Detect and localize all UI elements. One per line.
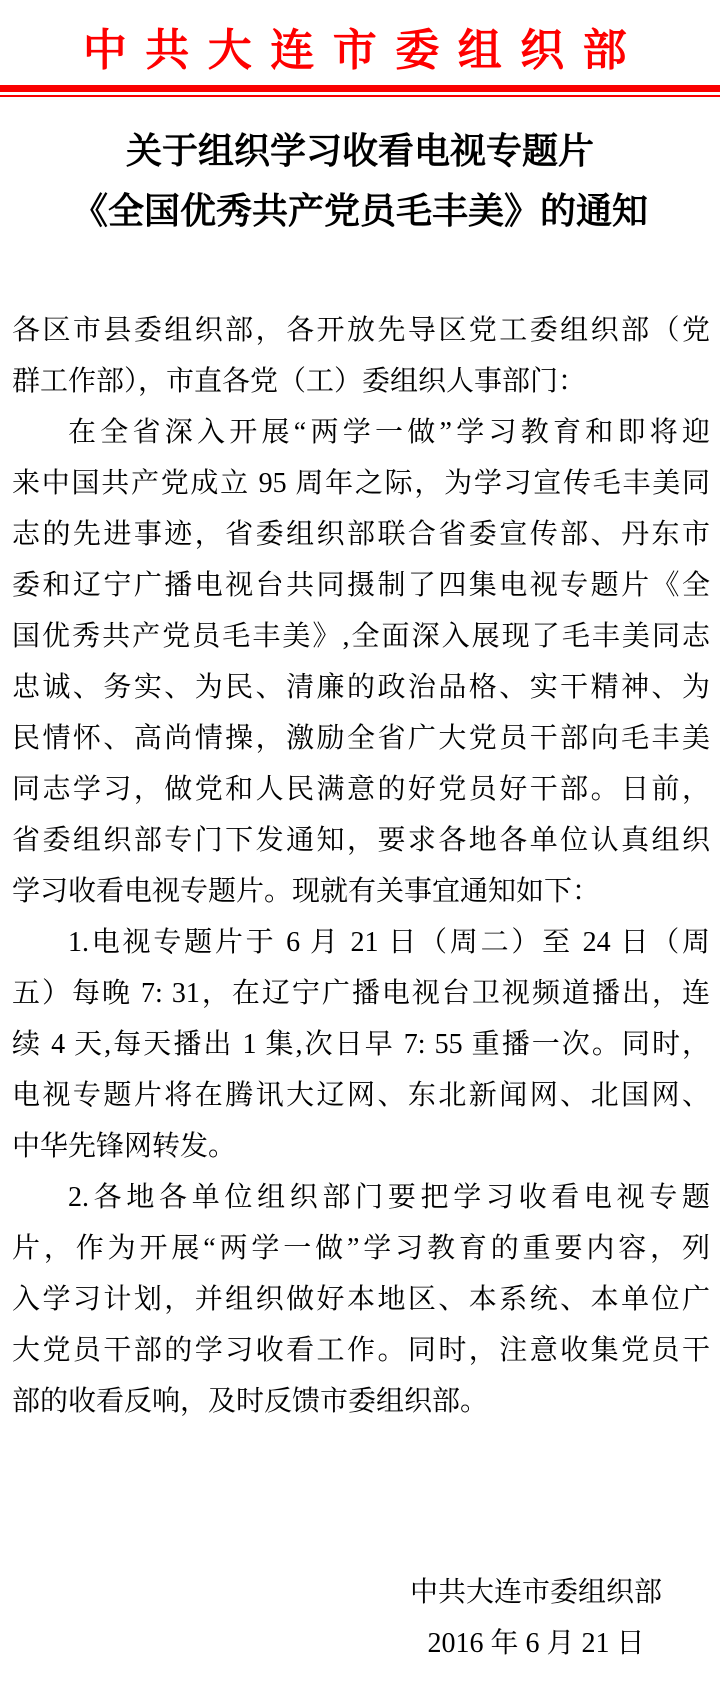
doc-title-line1: 关于组织学习收看电视专题片 <box>0 121 720 181</box>
body-line: 大党员干部的学习收看工作。同时，注意收集党员干 <box>12 1325 710 1376</box>
signature-org: 中共大连市委组织部 <box>410 1567 662 1618</box>
red-divider-thick <box>0 85 720 92</box>
body-line: 电视专题片将在腾讯大辽网、东北新闻网、北国网、 <box>12 1070 710 1121</box>
body-line: 入学习计划，并组织做好本地区、本系统、本单位广 <box>12 1274 710 1325</box>
body-line: 各区市县委组织部，各开放先导区党工委组织部（党 <box>12 305 710 356</box>
body-line: 1.电视专题片于 6 月 21 日（周二）至 24 日（周 <box>12 917 710 968</box>
body-line: 在全省深入开展“两学一做”学习教育和即将迎 <box>12 407 710 458</box>
body-line: 忠诚、务实、为民、清廉的政治品格、实干精神、为 <box>12 662 710 713</box>
body-line: 来中国共产党成立 95 周年之际，为学习宣传毛丰美同 <box>12 458 710 509</box>
letterhead-org-name: 中共大连市委组织部 <box>0 0 720 76</box>
body-line: 群工作部），市直各党（工）委组织人事部门： <box>12 356 710 407</box>
body-line: 学习收看电视专题片。现就有关事宜通知如下： <box>12 866 710 917</box>
document-body: 各区市县委组织部，各开放先导区党工委组织部（党 群工作部），市直各党（工）委组织… <box>0 305 720 1427</box>
document-page: 中共大连市委组织部 关于组织学习收看电视专题片 《全国优秀共产党员毛丰美》的通知… <box>0 0 720 1697</box>
signature-inner: 中共大连市委组织部 2016 年 6 月 21 日 <box>410 1567 662 1669</box>
body-line: 部的收看反响，及时反馈市委组织部。 <box>12 1376 710 1427</box>
signature-date: 2016 年 6 月 21 日 <box>410 1618 662 1669</box>
signature-block: 中共大连市委组织部 2016 年 6 月 21 日 <box>0 1567 720 1669</box>
body-line: 2.各地各单位组织部门要把学习收看电视专题 <box>12 1172 710 1223</box>
body-line: 片，作为开展“两学一做”学习教育的重要内容，列 <box>12 1223 710 1274</box>
body-line: 同志学习，做党和人民满意的好党员好干部。日前， <box>12 764 710 815</box>
body-line: 续 4 天,每天播出 1 集,次日早 7: 55 重播一次。同时， <box>12 1019 710 1070</box>
body-line: 国优秀共产党员毛丰美》,全面深入展现了毛丰美同志 <box>12 611 710 662</box>
body-line: 省委组织部专门下发通知，要求各地各单位认真组织 <box>12 815 710 866</box>
doc-title: 关于组织学习收看电视专题片 《全国优秀共产党员毛丰美》的通知 <box>0 121 720 241</box>
body-line: 中华先锋网转发。 <box>12 1121 710 1172</box>
body-line: 志的先进事迹，省委组织部联合省委宣传部、丹东市 <box>12 509 710 560</box>
doc-title-line2: 《全国优秀共产党员毛丰美》的通知 <box>0 181 720 241</box>
body-line: 民情怀、高尚情操，激励全省广大党员干部向毛丰美 <box>12 713 710 764</box>
body-line: 五）每晚 7: 31，在辽宁广播电视台卫视频道播出，连 <box>12 968 710 1019</box>
body-line: 委和辽宁广播电视台共同摄制了四集电视专题片《全 <box>12 560 710 611</box>
red-divider-thin <box>0 95 720 97</box>
